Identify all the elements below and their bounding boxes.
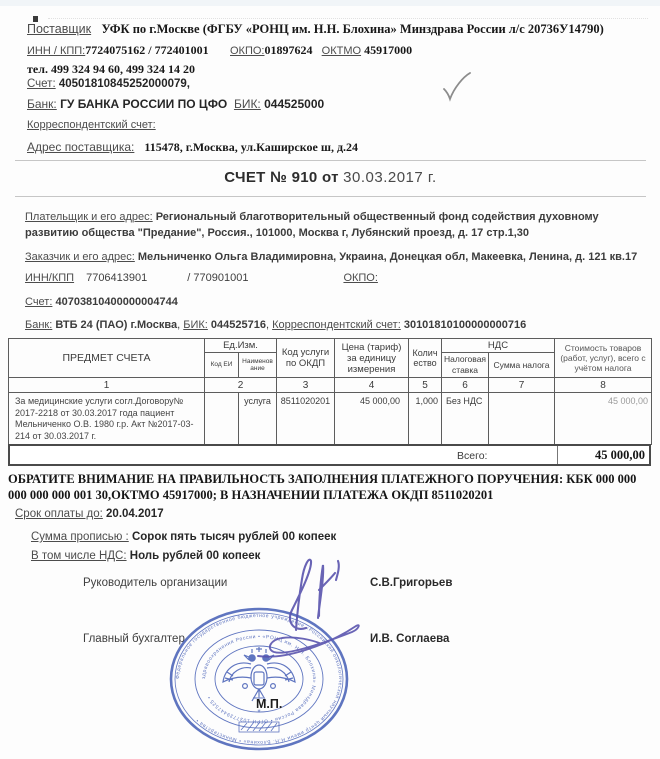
supplier-bank-label: Банк:: [27, 97, 57, 111]
payer-innkpp-line: ИНН/КПП7706413901/ 770901001ОКПО:: [25, 270, 642, 286]
payer-bik-label: БИК:: [183, 319, 208, 331]
col-header-unit: Ед.Изм.: [205, 339, 277, 353]
col-header-unit-code: Код ЕИ: [205, 353, 239, 378]
cell-qty: 1,000: [409, 393, 442, 445]
customer-label: Заказчик и его адрес:: [25, 251, 135, 263]
invoice-title: СЧЕТ № 910 от: [224, 169, 338, 186]
amount-words-value: Сорок пять тысяч рублей 00 копеек: [132, 531, 336, 543]
supplier-bank-value: ГУ БАНКА РОССИИ ПО ЦФО: [60, 97, 227, 111]
grand-total-value: 45 000,00: [595, 448, 645, 463]
supplier-address-label: Адрес поставщика:: [27, 140, 134, 154]
payer-bik-value: 044525716: [211, 319, 266, 331]
payer-account-value: 40703810400000004744: [55, 296, 177, 308]
payment-warning-text: ОБРАТИТЕ ВНИМАНИЕ НА ПРАВИЛЬНОСТЬ ЗАПОЛН…: [8, 472, 650, 503]
col-header-qty: Количество: [409, 339, 442, 378]
scan-artifact-speck: [33, 16, 38, 22]
supplier-phone: тел. 499 324 94 60, 499 324 14 20: [27, 62, 195, 76]
due-date-label: Срок оплаты до:: [15, 508, 103, 520]
payer-bank-label: Банк:: [25, 319, 52, 331]
supplier-okpo-label: ОКПО:: [230, 45, 264, 57]
total-divider: [557, 446, 558, 464]
cell-service-code: 8511020201: [277, 393, 335, 445]
payer-bank-value: ВТБ 24 (ПАО) г.Москва: [55, 319, 177, 331]
payer-kpp-value: / 770901001: [187, 272, 248, 284]
supplier-section: Поставщик УФК по г.Москве (ФГБУ «РОНЦ им…: [0, 0, 660, 155]
payer-label: Плательщик и его адрес:: [25, 211, 153, 223]
payer-corr-value: 30101810100000000716: [404, 319, 526, 331]
customer-line: Заказчик и его адрес: Мельниченко Ольга …: [25, 249, 642, 265]
signature-section: Руководитель организации С.В.Григорьев Г…: [0, 577, 660, 737]
scan-artifact-band: [0, 0, 660, 6]
customer-value: Мельниченко Ольга Владимировна, Украина,…: [138, 251, 637, 263]
supplier-bik-value: 044525000: [264, 97, 324, 111]
cell-vat-rate: Без НДС: [442, 393, 489, 445]
accountant-name: И.В. Соглаева: [370, 633, 449, 645]
payer-okpo-label: ОКПО:: [343, 272, 377, 284]
supplier-bik-label: БИК:: [234, 97, 261, 111]
director-name: С.В.Григорьев: [370, 577, 452, 589]
col-header-unit-name: Наименование: [239, 353, 277, 378]
cell-subject: За медицинские услуги согл.Договору№ 201…: [9, 393, 205, 445]
col-header-price: Цена (тариф) за единицу измерения: [335, 339, 409, 378]
payer-corr-label: Корреспондентский счет:: [272, 319, 401, 331]
table-row: За медицинские услуги согл.Договору№ 201…: [9, 393, 652, 445]
payer-line: Плательщик и его адрес: Региональный бла…: [25, 209, 642, 241]
cell-unit-name: услуга: [239, 393, 277, 445]
col-header-subject: ПРЕДМЕТ СЧЕТА: [9, 339, 205, 378]
col-header-vat-sum: Сумма налога: [489, 353, 555, 378]
amount-in-words-line: Сумма прописью : Сорок пять тысяч рублей…: [31, 531, 660, 543]
vat-words-label: В том числе НДС:: [31, 550, 127, 562]
cell-total: 45 000,00: [555, 393, 652, 445]
supplier-address-value: 115478, г.Москва, ул.Каширское ш, д.24: [144, 140, 358, 154]
supplier-oktmo-label: ОКТМО: [322, 45, 361, 57]
supplier-innkpp-label: ИНН / КПП:: [27, 45, 85, 57]
cell-vat-sum: [489, 393, 555, 445]
stamp-place-label: М.П.: [256, 697, 282, 711]
col-header-total: Стоимость товаров (работ, услуг), всего …: [555, 339, 652, 378]
payer-innkpp-label: ИНН/КПП: [25, 272, 74, 284]
invoice-document: Поставщик УФК по г.Москве (ФГБУ «РОНЦ им…: [0, 0, 660, 759]
supplier-corr-label: Корреспондентский счет:: [27, 119, 156, 131]
invoice-date: 30.03.2017 г.: [343, 169, 437, 186]
amount-words-label: Сумма прописью :: [31, 531, 129, 543]
vat-in-words-line: В том числе НДС: Ноль рублей 00 копеек: [31, 550, 660, 562]
col-header-vat-rate: Налоговая ставка: [442, 353, 489, 378]
scan-artifact-dots: [48, 18, 648, 19]
supplier-innkpp-value: 7724075162 / 772401001: [85, 43, 208, 57]
supplier-label: Поставщик: [27, 22, 91, 36]
invoice-items-table: ПРЕДМЕТ СЧЕТА Ед.Изм. Код услуги по ОКДП…: [8, 338, 652, 445]
supplier-account-label: Счет:: [27, 78, 56, 90]
due-date-value: 20.04.2017: [106, 508, 164, 520]
col-header-service-code: Код услуги по ОКДП: [277, 339, 335, 378]
payer-section: Плательщик и его адрес: Региональный бла…: [0, 197, 660, 333]
supplier-okpo-value: 01897624: [264, 43, 312, 57]
vat-words-value: Ноль рублей 00 копеек: [130, 550, 261, 562]
cell-unit-code: [205, 393, 239, 445]
column-number-row: 1 2 3 4 5 6 7 8: [9, 378, 652, 393]
due-date-line: Срок оплаты до: 20.04.2017: [15, 508, 660, 520]
col-header-vat: НДС: [442, 339, 555, 353]
payer-account-label: Счет:: [25, 296, 52, 308]
director-label: Руководитель организации: [83, 577, 227, 589]
supplier-account-value: 40501810845252000079,: [59, 78, 190, 90]
accountant-label: Главный бухгалтер: [83, 633, 185, 645]
payer-account-line: Счет: 40703810400000004744: [25, 294, 642, 310]
cell-price: 45 000,00: [335, 393, 409, 445]
invoice-title-band: СЧЕТ № 910 от 30.03.2017 г.: [15, 160, 646, 197]
supplier-name: УФК по г.Москве (ФГБУ «РОНЦ им. Н.Н. Бло…: [102, 22, 604, 36]
grand-total-label: Всего:: [457, 450, 487, 462]
payer-bank-line: Банк: ВТБ 24 (ПАО) г.Москва, БИК: 044525…: [25, 317, 642, 333]
grand-total-row: Всего: 45 000,00: [8, 444, 651, 466]
payer-inn-value: 7706413901: [86, 272, 147, 284]
supplier-oktmo-value: 45917000: [364, 43, 412, 57]
